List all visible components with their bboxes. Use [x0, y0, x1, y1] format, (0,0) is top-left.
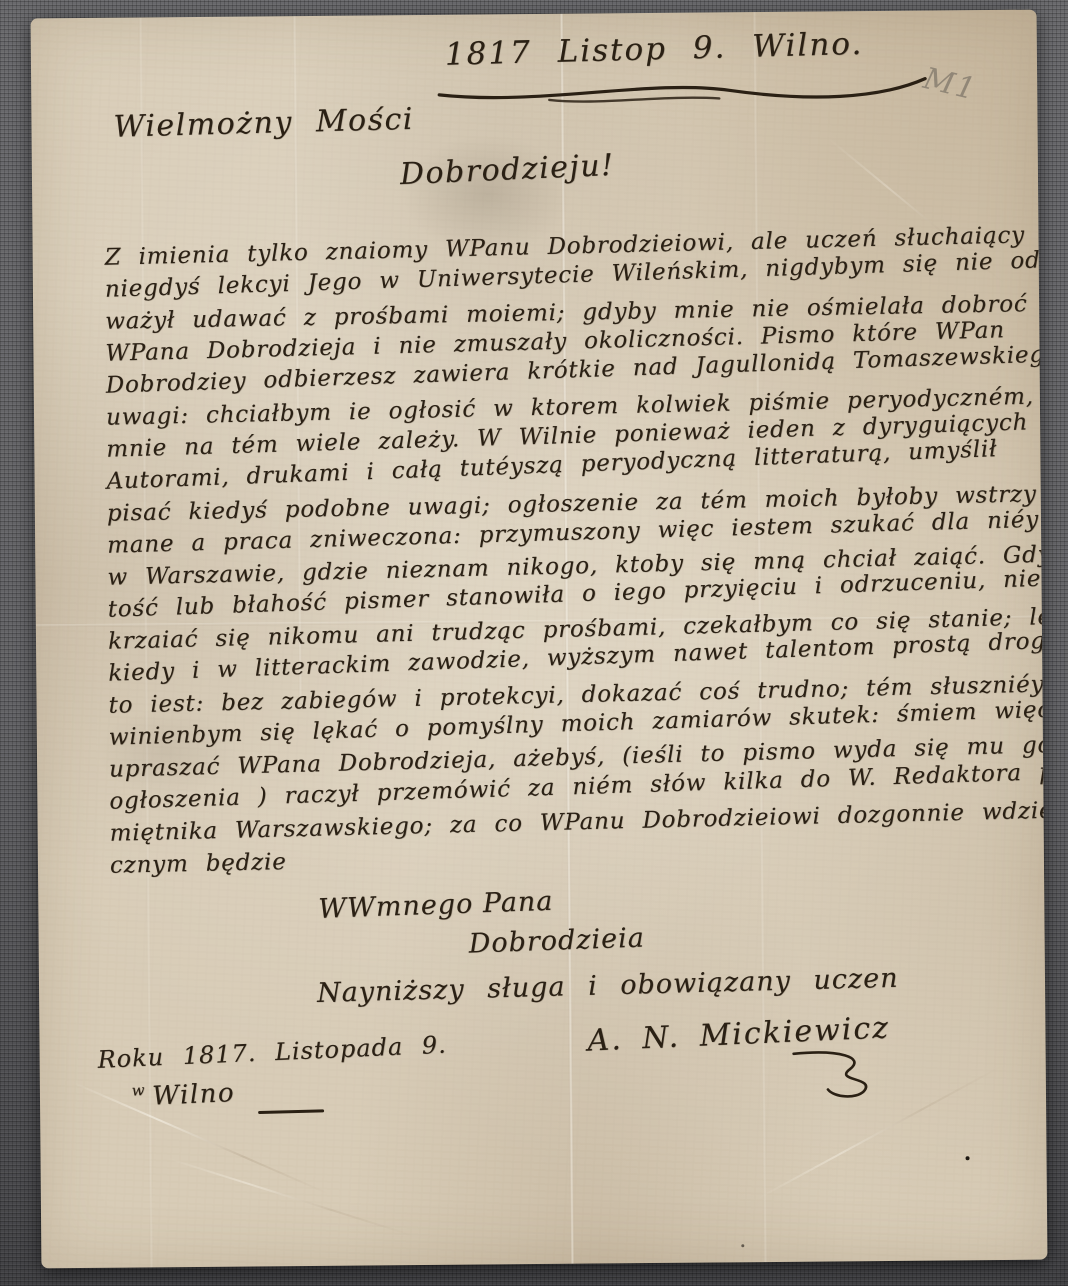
letter-body: Z imienia tylko znaiomy WPanu Dobrodziei… — [105, 234, 1046, 882]
salutation-line-2: Dobrodzieju! — [399, 148, 615, 192]
closing-honorific-line-1: WWmnego Pana — [318, 886, 554, 925]
closing-honorific-line-2: Dobrodzieia — [468, 922, 645, 959]
header-dateline: 1817 Listop 9. Wilno. — [444, 26, 863, 73]
archival-pencil-mark: M1 — [920, 61, 980, 108]
salutation-line-1: Wielmożny Mości — [113, 102, 414, 145]
bottom-place: Wilno — [152, 1078, 236, 1112]
bottom-placeline: wWilno — [131, 1077, 235, 1112]
signature: A. N. Mickiewicz — [587, 1010, 891, 1058]
signature-flourish — [780, 1047, 900, 1104]
dash-stroke — [258, 1109, 324, 1114]
bottom-dateline: Roku 1817. Listopada 9. — [97, 1031, 447, 1074]
crease-diagonal-2 — [167, 1157, 416, 1237]
closing-valediction: Nayniższy sługa i obowiązany uczen — [317, 963, 899, 1009]
paper-speck — [741, 1244, 744, 1247]
letter-page: 1817 Listop 9. Wilno. M1 Wielmożny Mości… — [31, 10, 1048, 1269]
paper-speck — [966, 1156, 970, 1160]
bottom-place-prefix: w — [131, 1081, 146, 1100]
crease-diagonal-3 — [757, 1064, 1004, 1199]
